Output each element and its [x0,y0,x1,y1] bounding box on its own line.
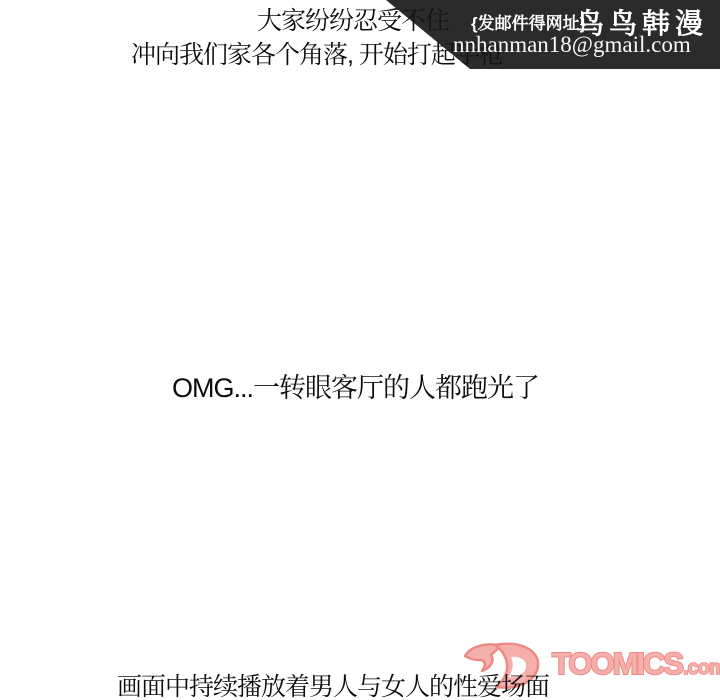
toomics-domain-suffix: .com [683,657,720,680]
caption-middle: OMG...一转眼客厅的人都跑光了 [172,371,539,405]
toomics-logo-text: TOOMICS .com [552,646,720,682]
watermark-email: nnhanman18@gmail.com [453,32,691,58]
toomics-wordmark: TOOMICS [552,646,682,682]
comic-page: 大家纷纷忍受不住 冲向我们家各个角落, 开始打起手枪 {发邮件得网址} 鸟鸟韩漫… [0,0,720,700]
caption-bottom: 画面中持续播放着男人与女人的性爱场面 [117,674,549,700]
watermark-tag: {发邮件得网址} [471,9,586,34]
